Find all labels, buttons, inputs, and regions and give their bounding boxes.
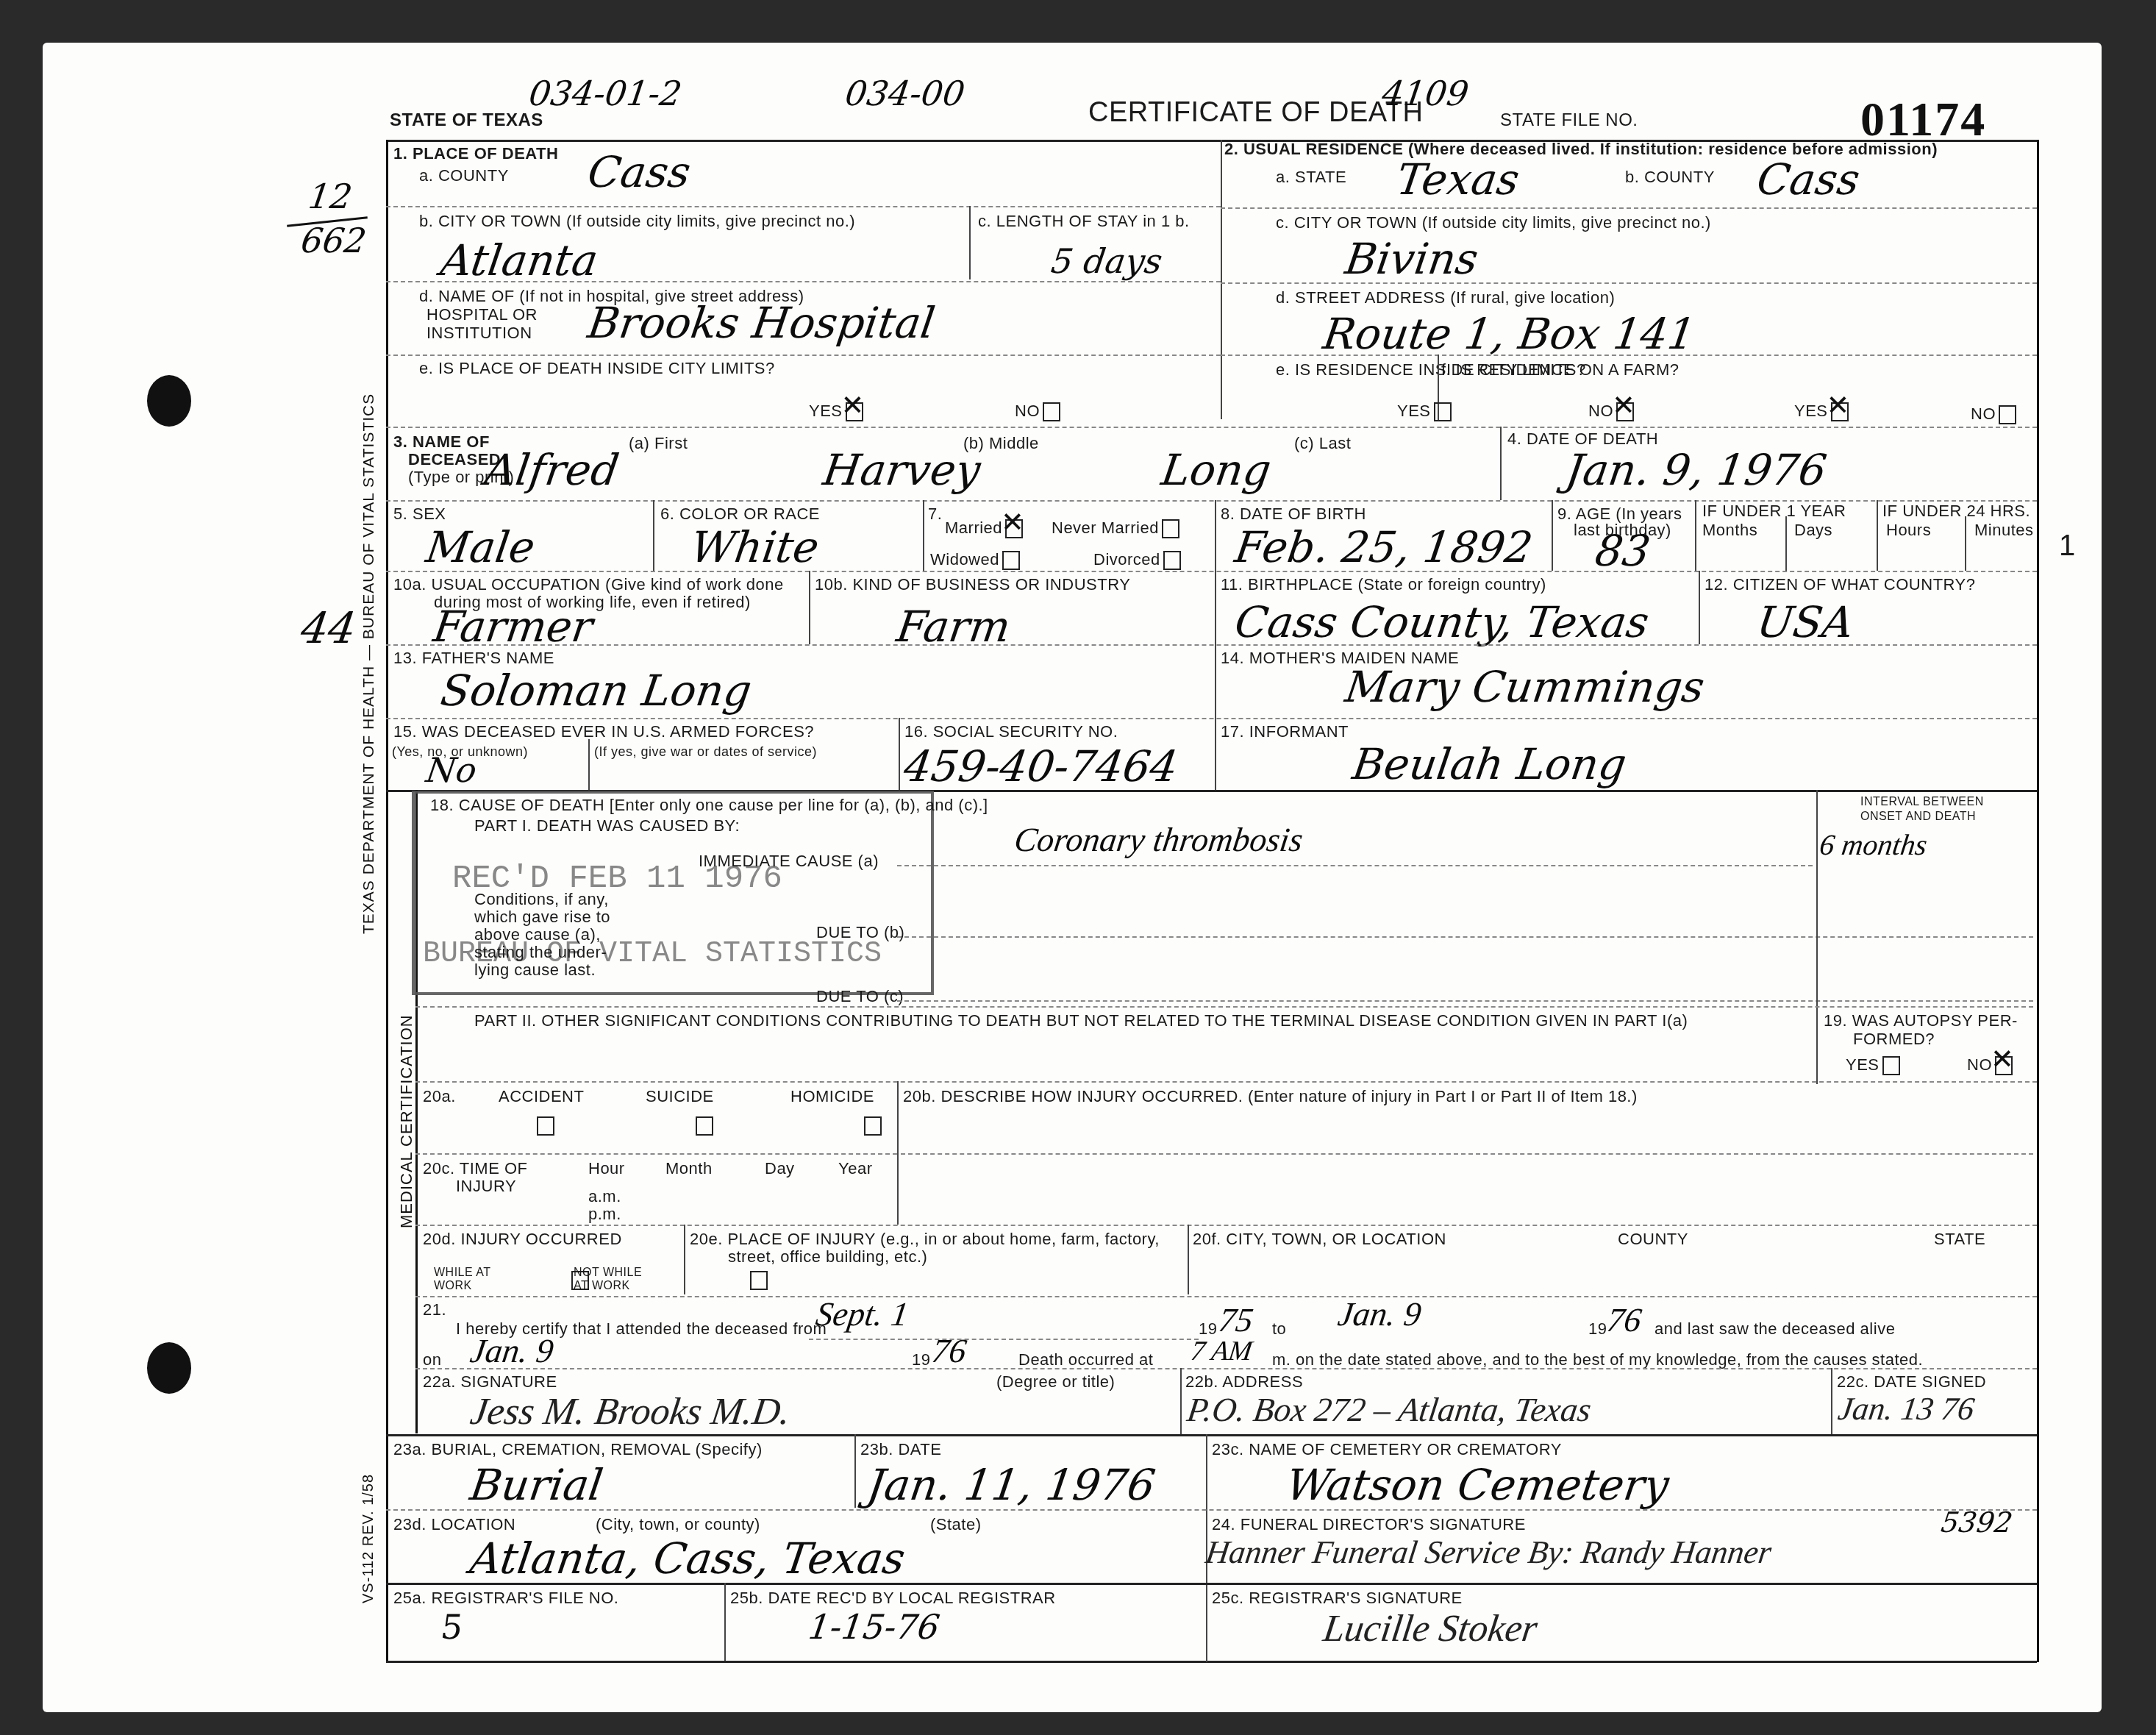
punch-hole-top (147, 375, 191, 427)
armed-sub-2: (If yes, give war or dates of service) (594, 744, 817, 760)
no-label: NO (1588, 402, 1613, 420)
state-of-texas-label: STATE OF TEXAS (390, 110, 543, 131)
res-farm-no[interactable]: NO (1971, 405, 2016, 424)
res-street-value: Route 1, Box 141 (1320, 309, 1699, 359)
divider (809, 571, 810, 644)
divider (684, 1225, 685, 1294)
month-label: Month (665, 1159, 713, 1178)
divider (1785, 516, 1787, 571)
label-20d: 20d. INJURY OCCURRED (423, 1230, 622, 1249)
industry-label: 10b. KIND OF BUSINESS OR INDUSTRY (815, 575, 1130, 594)
label-23c: 23c. NAME OF CEMETERY OR CREMATORY (1212, 1440, 1562, 1459)
label-20e-2: street, office building, etc.) (728, 1247, 927, 1266)
while-at-work-option[interactable]: WHILE AT WORK (434, 1266, 500, 1293)
margin-note-mid: 44 (298, 603, 359, 653)
checkbox-yes[interactable] (1434, 402, 1452, 421)
minutes-label: Minutes (1974, 521, 2034, 540)
certificate-handwritten-no: 4109 (1379, 74, 1471, 113)
checkbox-no[interactable] (1043, 402, 1060, 421)
no-label: NO (1967, 1055, 1992, 1074)
injury-state-label: STATE (1934, 1230, 1985, 1249)
widowed-label: Widowed (930, 550, 999, 569)
rule (415, 1081, 2037, 1083)
married-label: Married (945, 519, 1002, 537)
res-state-label: a. STATE (1276, 168, 1346, 187)
rule (386, 1509, 2037, 1511)
location-sub-1: (City, town, or county) (596, 1515, 760, 1534)
divider (724, 1583, 726, 1661)
rule (386, 644, 2037, 646)
checkbox-no-checked[interactable] (1616, 402, 1634, 421)
rule (415, 1153, 897, 1155)
label-25b: 25b. DATE REC'D BY LOCAL REGISTRAR (730, 1589, 1056, 1608)
rule (1221, 282, 2037, 284)
rule (415, 1006, 2033, 1008)
yes-label: YES (1794, 402, 1828, 420)
months-label: Months (1702, 521, 1757, 540)
cause-label: 18. CAUSE OF DEATH [Enter only one cause… (430, 796, 988, 815)
checkbox-married-checked[interactable] (1005, 519, 1023, 538)
hours-label: Hours (1886, 521, 1931, 540)
citizen-value: USA (1754, 597, 1857, 647)
year-label: Year (838, 1159, 872, 1178)
divider (1215, 571, 1216, 644)
hour-label: Hour (588, 1159, 625, 1178)
conditions-2: which gave rise to (474, 908, 610, 927)
rule (897, 936, 2033, 938)
last-name-value: Long (1158, 445, 1274, 495)
middle-name-value: Harvey (820, 445, 983, 495)
autopsy-no[interactable]: NO (1967, 1055, 2013, 1075)
rule (897, 865, 1813, 866)
label-25a: 25a. REGISTRAR'S FILE NO. (393, 1589, 618, 1608)
state-code-1: 034-01-2 (526, 74, 684, 113)
sex-value: Male (423, 522, 538, 572)
pod-city-value: Atlanta (438, 235, 601, 285)
rule (1221, 355, 2037, 356)
immediate-cause-label: IMMEDIATE CAUSE (a) (699, 852, 879, 871)
checkbox-suicide[interactable] (696, 1116, 713, 1136)
res-inside-yes[interactable]: YES (1397, 402, 1452, 421)
certificate-title: CERTIFICATE OF DEATH (1088, 97, 1423, 129)
divider (1877, 500, 1878, 571)
pod-hospital-label-2: HOSPITAL OR (426, 305, 538, 324)
last-saw-text: and last saw the deceased alive (1655, 1319, 1895, 1339)
sex-label: 5. SEX (393, 505, 446, 524)
margin-note-bottom: 662 (299, 221, 368, 260)
injury-county-label: COUNTY (1618, 1230, 1688, 1249)
armed-forces-label: 15. WAS DECEASED EVER IN U.S. ARMED FORC… (393, 722, 814, 741)
date-signed-value: Jan. 13 76 (1835, 1390, 1977, 1428)
yes-label: YES (809, 402, 843, 420)
bottom-rule (386, 1661, 2037, 1663)
on-date: Jan. 9 (468, 1331, 556, 1370)
birthplace-label: 11. BIRTHPLACE (State or foreign country… (1221, 575, 1546, 594)
autopsy-yes[interactable]: YES (1846, 1055, 1900, 1075)
col-divider-1-2 (1221, 140, 1222, 419)
pod-inside-no[interactable]: NO (1015, 402, 1060, 421)
homicide-label: HOMICIDE (790, 1087, 874, 1106)
on-label: on (423, 1350, 441, 1369)
label-20e-1: 20e. PLACE OF INJURY (e.g., in or about … (690, 1230, 1160, 1249)
place-of-death-label: 1. PLACE OF DEATH (393, 144, 558, 163)
due-to-c-label: DUE TO (c) (816, 987, 904, 1006)
checkbox-never-married[interactable] (1162, 519, 1179, 538)
occupation-label-1: 10a. USUAL OCCUPATION (Give kind of work… (393, 575, 784, 594)
interval-label-2: ONSET AND DEATH (1860, 811, 1976, 824)
dept-vertical-text: TEXAS DEPARTMENT OF HEALTH — BUREAU OF V… (360, 393, 378, 934)
pod-hospital-value: Brooks Hospital (585, 298, 938, 348)
checkbox-yes-checked[interactable] (1831, 402, 1849, 421)
rule (386, 1583, 2037, 1585)
interval-value: 6 months (1818, 827, 1930, 862)
cemetery-value: Watson Cemetery (1283, 1460, 1672, 1510)
to-year: 76 (1604, 1300, 1643, 1339)
ssn-label: 16. SOCIAL SECURITY NO. (904, 722, 1118, 741)
margin-note-top: 12 (306, 177, 354, 216)
address-label: 22b. ADDRESS (1185, 1372, 1303, 1392)
pod-stay-value: 5 days (1049, 241, 1165, 281)
divider (1188, 1225, 1189, 1294)
age-value: 83 (1592, 526, 1653, 576)
rule (386, 281, 1221, 282)
disposition-value: Burial (467, 1460, 606, 1510)
divorced-option[interactable]: Divorced (1093, 550, 1181, 570)
res-city-label: c. CITY OR TOWN (If outside city limits,… (1276, 213, 1711, 232)
res-county-label: b. COUNTY (1625, 168, 1715, 187)
divider (1816, 790, 1818, 1084)
label-21: 21. (423, 1300, 446, 1319)
conditions-1: Conditions, if any, (474, 890, 609, 909)
label-23a: 23a. BURIAL, CREMATION, REMOVAL (Specify… (393, 1440, 763, 1459)
label-23d: 23d. LOCATION (393, 1515, 515, 1534)
widowed-option[interactable]: Widowed (930, 550, 1020, 570)
checkbox-widowed[interactable] (1002, 551, 1020, 570)
degree-label: (Degree or title) (996, 1372, 1115, 1392)
divider (653, 500, 654, 571)
pod-inside-limits-label: e. IS PLACE OF DEATH INSIDE CITY LIMITS? (419, 359, 775, 378)
divider (923, 500, 924, 571)
yes-label: YES (1846, 1055, 1880, 1074)
medical-certification-vertical: MEDICAL CERTIFICATION (397, 1014, 416, 1228)
death-time: 7 AM (1189, 1335, 1254, 1367)
rule (901, 1153, 2033, 1155)
res-county-value: Cass (1754, 154, 1863, 204)
label-20a: 20a. (423, 1087, 456, 1106)
rule (415, 1368, 2037, 1369)
checkbox-no[interactable] (1999, 405, 2016, 424)
father-value: Soloman Long (438, 666, 754, 716)
death-occurred-label: Death occurred at (1018, 1350, 1153, 1369)
days-label: Days (1794, 521, 1832, 540)
label-20c-2: INJURY (456, 1177, 516, 1196)
part1-label: PART I. DEATH WAS CAUSED BY: (474, 816, 740, 836)
yes-label: YES (1397, 402, 1431, 420)
pod-county-label: a. COUNTY (419, 166, 509, 185)
form-number-vertical: VS-112 REV. 1/58 (360, 1474, 377, 1603)
dod-value: Jan. 9, 1976 (1563, 445, 1830, 495)
rule (415, 1296, 2037, 1297)
label-24: 24. FUNERAL DIRECTOR'S SIGNATURE (1212, 1515, 1526, 1534)
conditions-4: stating the under- (474, 943, 607, 962)
rule (897, 1000, 2033, 1002)
state-file-label: STATE FILE NO. (1500, 110, 1638, 131)
under-24-label: IF UNDER 24 HRS. (1882, 502, 2030, 521)
rule (386, 718, 2037, 719)
divider (1831, 1368, 1832, 1434)
dob-label: 8. DATE OF BIRTH (1221, 505, 1366, 524)
divorced-label: Divorced (1093, 550, 1160, 569)
rule (386, 206, 1221, 207)
interval-label-1: INTERVAL BETWEEN (1860, 796, 1984, 809)
right-border (2037, 140, 2039, 1662)
race-label: 6. COLOR OR RACE (660, 505, 820, 524)
no-label: NO (1971, 405, 1996, 423)
first-name-label: (a) First (629, 434, 688, 453)
checkbox-not-while-at-work[interactable] (750, 1271, 768, 1290)
physician-address: P.O. Box 272 – Atlanta, Texas (1185, 1390, 1593, 1429)
physician-signature: Jess M. Brooks M.D. (468, 1390, 793, 1433)
marital-label: 7. (928, 505, 942, 524)
checkbox-accident[interactable] (537, 1116, 554, 1136)
to-label: to (1272, 1319, 1286, 1339)
pod-inside-yes[interactable]: YES (809, 402, 863, 421)
dob-value: Feb. 25, 1892 (1232, 522, 1535, 572)
pod-city-label: b. CITY OR TOWN (If outside city limits,… (419, 212, 855, 231)
not-while-at-work-label: NOT WHILE AT WORK (574, 1266, 642, 1292)
under-year-label: IF UNDER 1 YEAR (1702, 502, 1846, 521)
nineteen-on: 19 (912, 1350, 930, 1369)
on-year: 76 (929, 1331, 968, 1370)
divider (1965, 516, 1966, 571)
funeral-director-signature: Hanner Funeral Service By: Randy Hanner (1203, 1533, 1774, 1571)
no-label: NO (1015, 402, 1040, 420)
label-20c-1: 20c. TIME OF (423, 1159, 528, 1178)
not-while-at-work-option[interactable]: NOT WHILE AT WORK (574, 1266, 647, 1293)
signature-label: 22a. SIGNATURE (423, 1372, 557, 1392)
res-city-value: Bivins (1342, 234, 1481, 284)
rule (1221, 207, 2037, 209)
divider (1699, 571, 1700, 644)
am-label: a.m. (588, 1187, 621, 1206)
conditions-3: above cause (a), (474, 925, 601, 944)
to-date: Jan. 9 (1335, 1294, 1424, 1333)
divider (1695, 500, 1696, 571)
first-name-value: Alfred (482, 445, 622, 495)
birthplace-value: Cass County, Texas (1232, 597, 1652, 647)
from-year: 75 (1216, 1300, 1255, 1339)
rule (386, 1434, 2037, 1436)
res-street-label: d. STREET ADDRESS (If rural, give locati… (1276, 288, 1615, 307)
citizen-label: 12. CITIZEN OF WHAT COUNTRY? (1705, 575, 1975, 594)
date-received-value: 1-15-76 (806, 1607, 942, 1647)
rule (386, 427, 2037, 428)
divider (1180, 1368, 1182, 1434)
never-married-option[interactable]: Never Married (1052, 519, 1179, 538)
divider (1500, 427, 1502, 500)
informant-value: Beulah Long (1349, 739, 1630, 789)
name-label-1: 3. NAME OF (393, 432, 490, 452)
label-25c: 25c. REGISTRAR'S SIGNATURE (1212, 1589, 1463, 1608)
rule (386, 571, 2037, 572)
rule (415, 1225, 2037, 1226)
pod-county-value: Cass (585, 147, 693, 197)
burial-date-value: Jan. 11, 1976 (864, 1460, 1158, 1510)
pod-stay-label: c. LENGTH OF STAY in 1 b. (978, 212, 1199, 231)
pod-hospital-label-3: INSTITUTION (426, 324, 532, 343)
informant-label: 17. INFORMANT (1221, 722, 1349, 741)
label-20b: 20b. DESCRIBE HOW INJURY OCCURRED. (Ente… (903, 1087, 1638, 1106)
rule (386, 355, 1221, 356)
while-at-work-label: WHILE AT WORK (434, 1266, 490, 1292)
date-signed-label: 22c. DATE SIGNED (1837, 1372, 1986, 1392)
divider (854, 1434, 856, 1508)
armed-value: No (424, 750, 479, 790)
pm-label: p.m. (588, 1205, 621, 1224)
day-label: Day (765, 1159, 795, 1178)
location-value: Atlanta, Cass, Texas (467, 1533, 908, 1583)
conditions-5: lying cause last. (474, 961, 596, 980)
checkbox-homicide[interactable] (864, 1116, 882, 1136)
last-name-label: (c) Last (1294, 434, 1351, 453)
checkbox-no-checked[interactable] (1995, 1056, 2013, 1075)
right-margin-mark: 1 (2059, 530, 2076, 563)
punch-hole-bottom (147, 1342, 191, 1394)
divider (899, 718, 900, 791)
autopsy-label-1: 19. WAS AUTOPSY PER- (1824, 1011, 2018, 1030)
checkbox-yes-checked[interactable] (846, 402, 863, 421)
nineteen-to: 19 (1588, 1319, 1607, 1339)
state-code-2: 034-00 (843, 74, 967, 113)
from-date: Sept. 1 (813, 1294, 911, 1333)
due-to-b-label: DUE TO (b) (816, 923, 904, 942)
location-sub-2: (State) (930, 1515, 982, 1534)
part2-label: PART II. OTHER SIGNIFICANT CONDITIONS CO… (474, 1011, 1688, 1030)
autopsy-label-2: FORMED? (1853, 1030, 1935, 1049)
registrar-signature: Lucille Stoker (1321, 1607, 1541, 1650)
suicide-label: SUICIDE (646, 1087, 714, 1106)
certify-text-2: m. on the date stated above, and to the … (1272, 1350, 1923, 1369)
never-married-label: Never Married (1052, 519, 1159, 537)
divider (897, 1081, 899, 1225)
mother-value: Mary Cummings (1342, 662, 1707, 712)
ssn-value: 459-40-7464 (901, 741, 1181, 791)
accident-label: ACCIDENT (499, 1087, 584, 1106)
immediate-cause-value: Coronary thrombosis (1012, 820, 1305, 859)
label-20f: 20f. CITY, TOWN, OR LOCATION (1193, 1230, 1446, 1249)
checkbox-divorced[interactable] (1163, 551, 1181, 570)
funeral-license-no: 5392 (1939, 1506, 2015, 1539)
res-farm-label: f. IS RESIDENCE ON A FARM? (1441, 360, 1680, 380)
divider (1552, 500, 1553, 571)
divider (1215, 500, 1216, 571)
checkbox-yes[interactable] (1882, 1056, 1900, 1075)
res-inside-no[interactable]: NO (1588, 402, 1634, 421)
divider (969, 206, 971, 279)
married-option[interactable]: Married (945, 519, 1023, 538)
divider (588, 739, 590, 791)
res-state-value: Texas (1393, 154, 1522, 204)
label-23b: 23b. DATE (860, 1440, 941, 1459)
race-value: White (688, 522, 822, 572)
res-farm-yes[interactable]: YES (1794, 402, 1849, 421)
rule (809, 1339, 1199, 1340)
